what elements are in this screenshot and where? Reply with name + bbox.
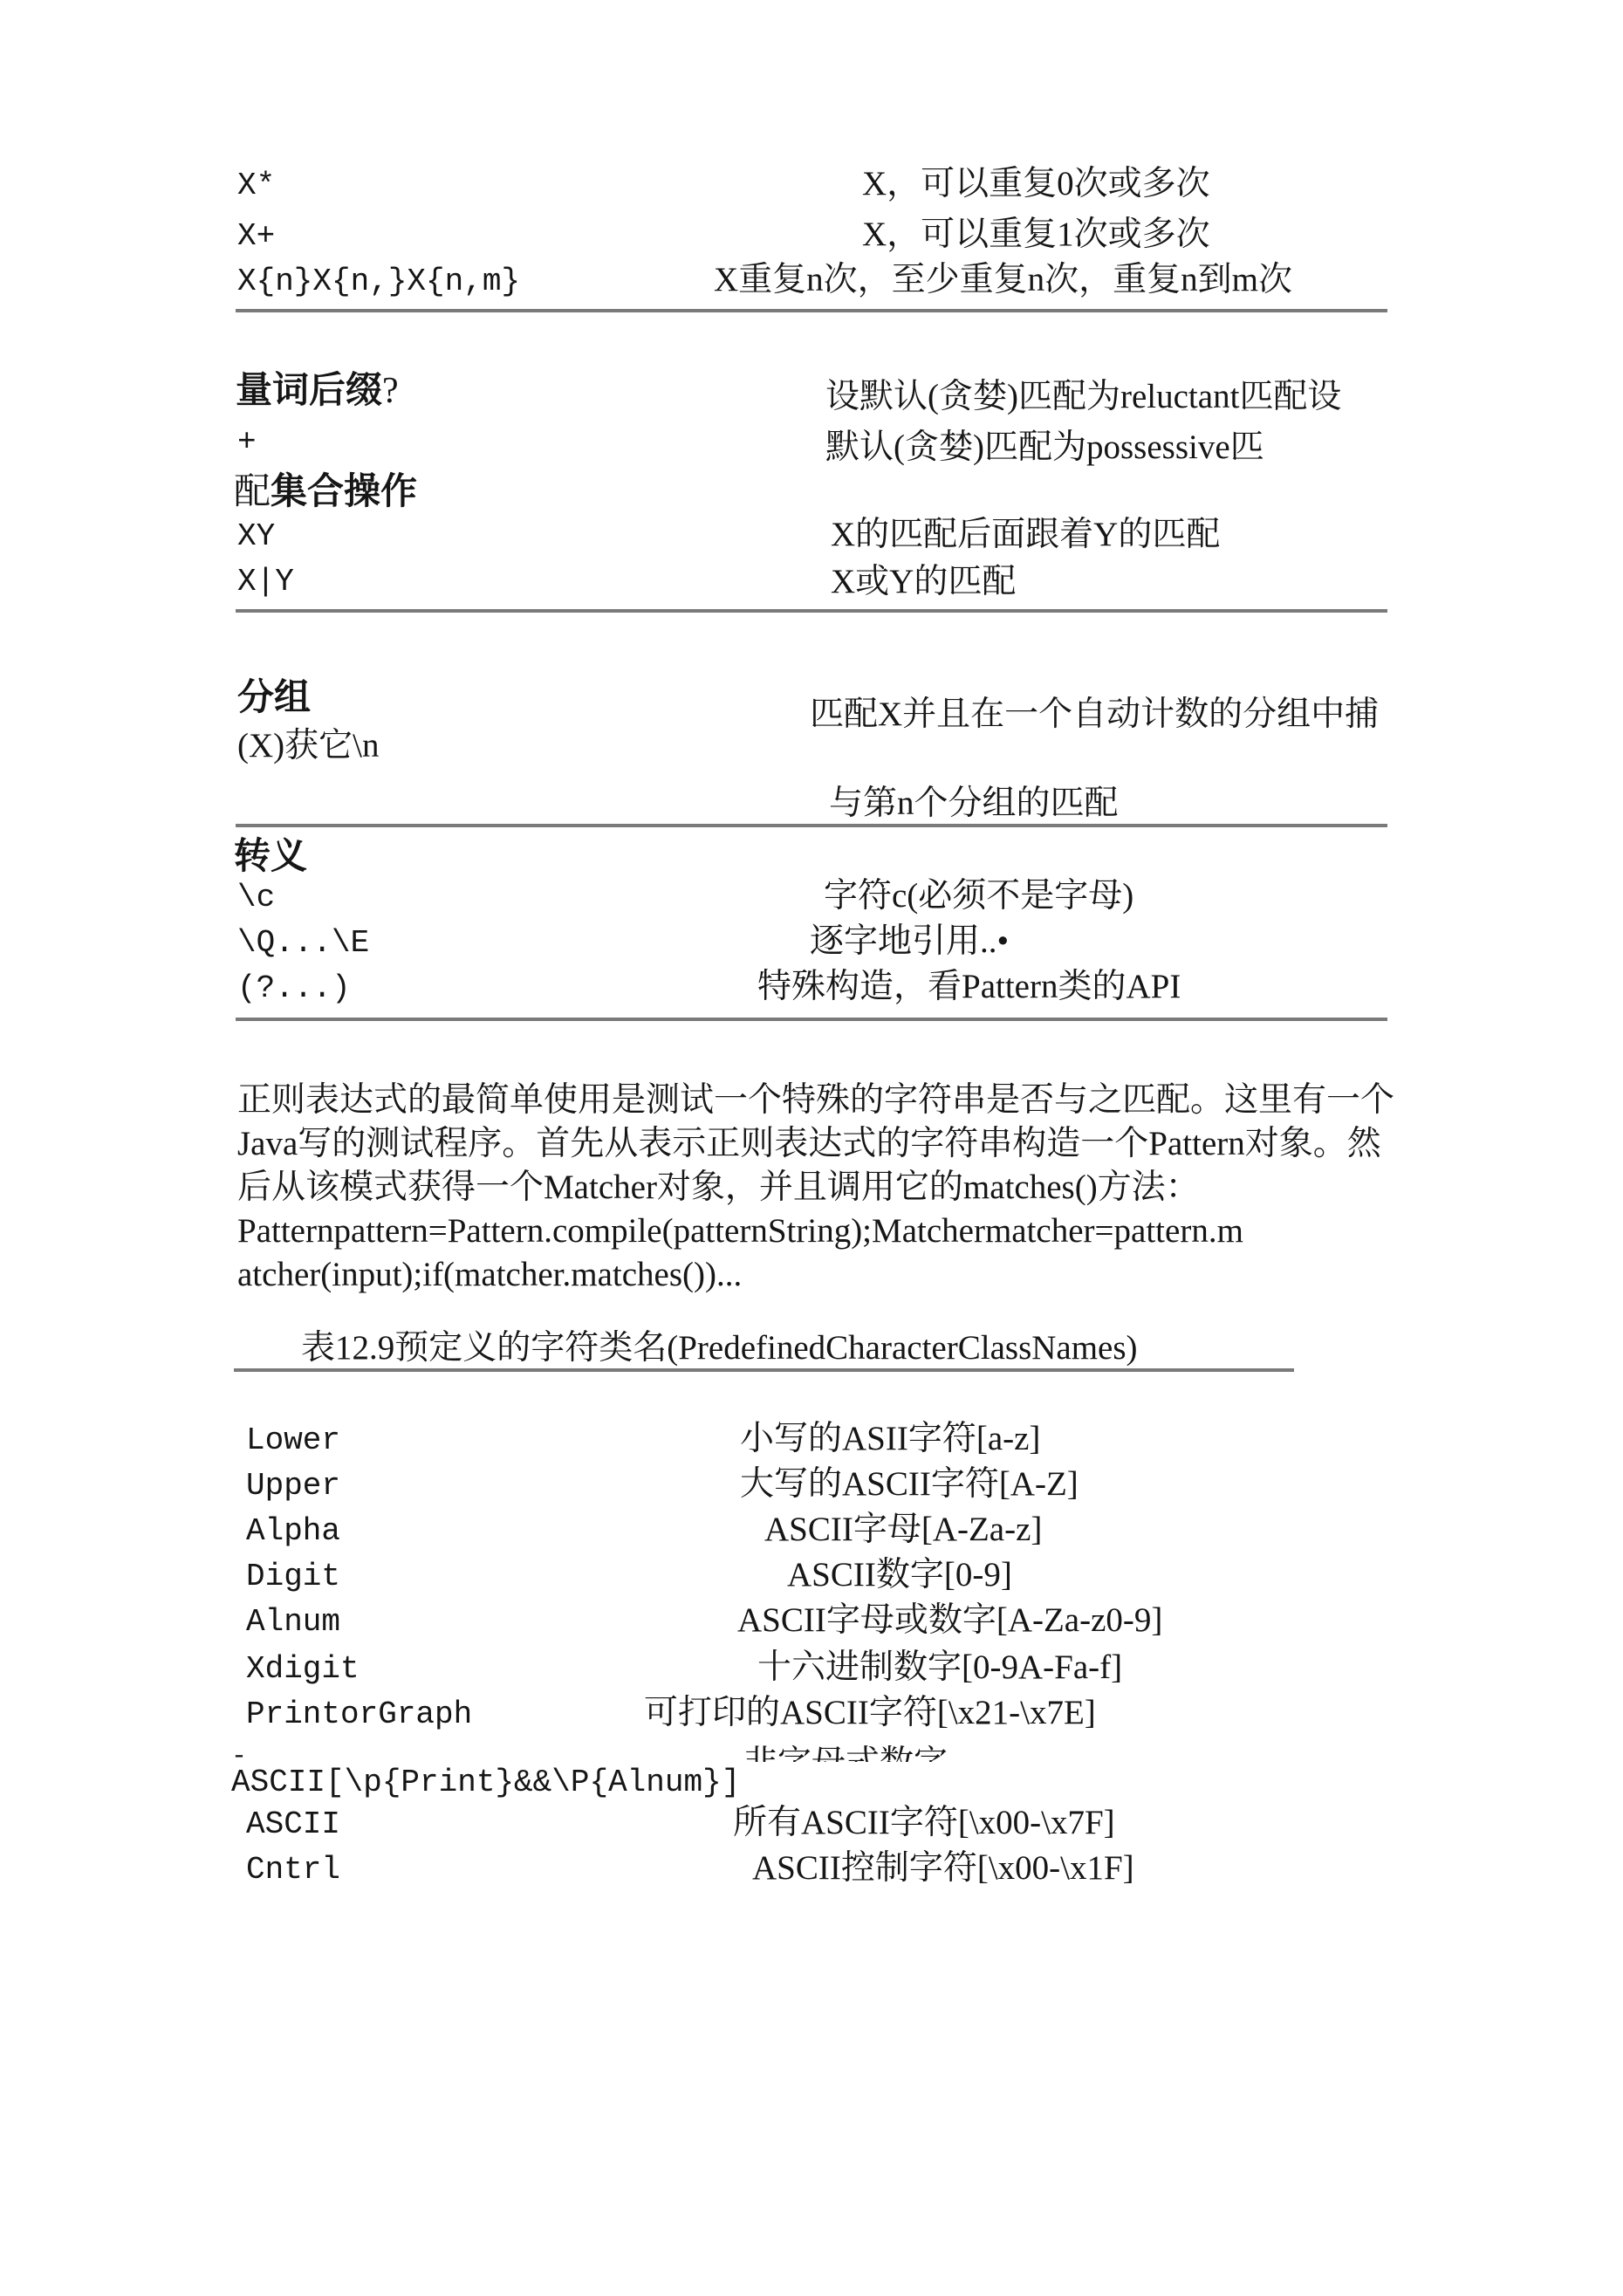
regex-description-cell: X，可以重复1次或多次 <box>862 215 1210 255</box>
class-description-cell: 十六进制数字[0-9A-Fa-f] <box>757 1648 1122 1688</box>
class-name-cell: PrintorGraph <box>246 1696 472 1733</box>
regex-syntax-cell: \Q...\E <box>237 925 369 962</box>
regex-syntax-cell: \c <box>237 880 275 916</box>
class-name-cell: Upper <box>246 1468 340 1504</box>
class-description-cell: 所有ASCII字符[\x00-\x7F] <box>733 1803 1115 1843</box>
section-heading-group: 分组 <box>237 677 311 721</box>
regex-syntax-cell: + <box>237 424 257 461</box>
paragraph-line: 正则表达式的最简单使用是测试一个特殊的字符串是否与之匹配。这里有一个 <box>237 1080 1394 1121</box>
document-page: X* X，可以重复0次或多次 X+ X，可以重复1次或多次 X{n}X{n,}X… <box>0 0 1623 2296</box>
regex-syntax-cell: XY <box>237 518 275 555</box>
paragraph-line: Patternpattern=Pattern.compile(patternSt… <box>237 1211 1243 1251</box>
divider-line <box>234 1368 1294 1372</box>
paragraph-line: atcher(input);if(matcher.matches())... <box>237 1255 742 1295</box>
class-description-cell: 可打印的ASCII字符[\x21-\x7E] <box>644 1693 1096 1733</box>
class-description-cell: ASCII控制字符[\x00-\x1F] <box>752 1848 1134 1888</box>
regex-syntax-cell: (?...) <box>237 970 351 1007</box>
heading-prefix-char: 配 <box>234 472 270 512</box>
regex-description-cell: 与第n个分组的匹配 <box>829 784 1119 824</box>
paragraph-line: Java写的测试程序。首先从表示正则表达式的字符串构造一个Pattern对象。然 <box>237 1124 1381 1164</box>
regex-syntax-cell: X+ <box>237 218 275 255</box>
section-heading-set-operations: 配集合操作 <box>234 471 417 515</box>
clipped-description-cell: 非字母式数字 <box>743 1744 1180 1762</box>
regex-description-cell: 设默认(贪婪)匹配为reluctant匹配设 <box>825 377 1341 417</box>
paragraph-line: 后从该模式获得一个Matcher对象，并且调用它的matches()方法： <box>237 1168 1200 1208</box>
heading-bold-text: 集合操作 <box>270 472 417 512</box>
class-name-cell: Alpha <box>246 1513 340 1550</box>
clipped-description-text: 非字母式数字 <box>743 1744 948 1762</box>
class-description-cell: 大写的ASCII字符[A-Z] <box>740 1464 1079 1504</box>
heading-suffix-char: ? <box>382 371 399 411</box>
section-heading-quantifier-suffix: 量词后缀? <box>236 370 399 414</box>
table-caption: 表12.9预定义的字符类名(PredefinedCharacterClassNa… <box>301 1328 1138 1368</box>
class-name-cell: Lower <box>246 1422 340 1459</box>
regex-description-cell: 匹配X并且在一个自动计数的分组中捕 <box>810 695 1379 735</box>
class-description-cell: ASCII数字[0-9] <box>787 1555 1012 1595</box>
regex-syntax-cell: X* <box>237 168 275 204</box>
regex-description-cell: X的匹配后面跟着Y的匹配 <box>831 515 1220 555</box>
heading-bold-text: 量词后缀 <box>236 371 382 411</box>
regex-description-cell: 逐字地引用..• <box>810 922 1009 962</box>
regex-syntax-cell: (X)获它\n <box>237 726 379 766</box>
divider-line <box>236 609 1387 613</box>
class-name-cell: Digit <box>246 1559 340 1595</box>
section-heading-escape: 转义 <box>234 836 307 880</box>
regex-description-cell: X，可以重复0次或多次 <box>862 164 1210 204</box>
divider-line <box>236 309 1387 312</box>
divider-line <box>236 1018 1387 1021</box>
class-name-cell: Xdigit <box>246 1651 360 1688</box>
class-name-cell-wrapped: ASCII[\p{Print}&&\P{Alnum}] <box>231 1765 740 1801</box>
regex-syntax-cell: X|Y <box>237 564 294 600</box>
regex-description-cell: 特殊构造，看Pattern类的API <box>757 967 1181 1007</box>
class-name-cell: Alnum <box>246 1604 340 1641</box>
class-description-cell: 小写的ASII字符[a-z] <box>740 1419 1040 1459</box>
regex-description-cell: X或Y的匹配 <box>831 562 1016 602</box>
regex-syntax-cell: X{n}X{n,}X{n,m} <box>237 264 520 300</box>
class-name-cell: Cntrl <box>246 1852 340 1888</box>
regex-description-cell: 默认(贪婪)匹配为possessive匹 <box>825 428 1264 468</box>
class-description-cell: ASCII字母[A-Za-z] <box>764 1510 1042 1550</box>
regex-description-cell: 字符c(必须不是字母) <box>824 876 1133 916</box>
class-name-cell: ASCII <box>246 1806 340 1843</box>
divider-line <box>236 824 1387 827</box>
regex-description-cell: X重复n次，至少重复n次，重复n到m次 <box>714 260 1292 300</box>
class-description-cell: ASCII字母或数字[A-Za-z0-9] <box>737 1600 1162 1641</box>
